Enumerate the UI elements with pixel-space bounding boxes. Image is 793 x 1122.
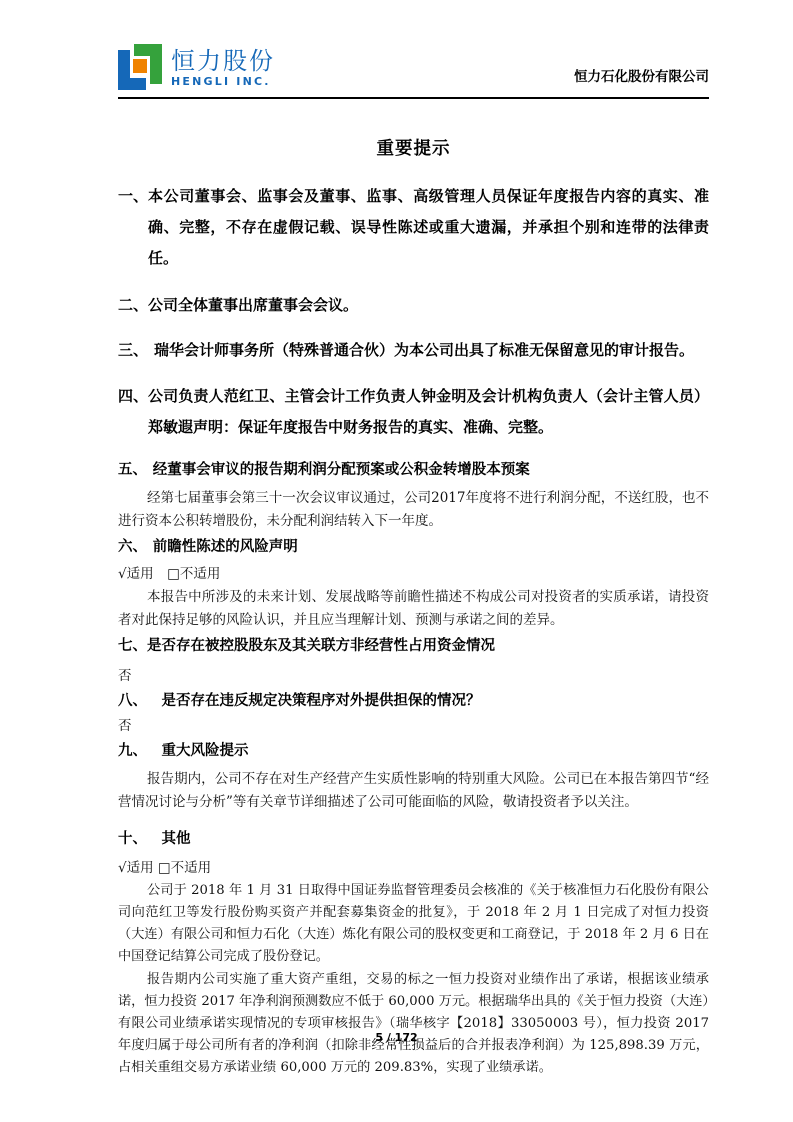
- section-10-heading-text: 其他: [162, 831, 191, 847]
- section-7-answer: 否: [118, 665, 709, 687]
- section-8-number: 八、: [118, 689, 147, 713]
- company-logo: 恒力股份 HENGLI INC.: [118, 44, 275, 91]
- section-8-heading-text: 是否存在违反规定决策程序对外提供担保的情况？: [162, 693, 481, 709]
- section-1: 一、 本公司董事会、监事会及董事、监事、高级管理人员保证年度报告内容的真实、准确…: [118, 181, 709, 274]
- section-3-text: 瑞华会计师事务所（特殊普通合伙）为本公司出具了标准无保留意见的审计报告。: [154, 341, 694, 359]
- section-10-heading: 十、 其他: [118, 827, 709, 851]
- section-6-number: 六、: [118, 535, 147, 559]
- section-4-text: 公司负责人范红卫、主管会计工作负责人钟金明及会计机构负责人（会计主管人员）郑敏遐…: [148, 387, 709, 436]
- section-1-number: 一、: [118, 181, 148, 212]
- section-10-body-2: 报告期内公司实施了重大资产重组，交易的标之一恒力投资对业绩作出了承诺，根据该业绩…: [118, 969, 709, 1079]
- section-9-heading: 九、 重大风险提示: [118, 739, 709, 763]
- document-page: 恒力股份 HENGLI INC. 恒力石化股份有限公司 重要提示 一、 本公司董…: [0, 0, 793, 1122]
- section-7-heading: 七、 是否存在被控股股东及其关联方非经营性占用资金情况: [118, 634, 709, 658]
- section-5-body: 经第七届董事会第三十一次会议审议通过，公司2017年度将不进行利润分配，不送红股…: [118, 487, 709, 533]
- section-5-heading: 五、 经董事会审议的报告期利润分配预案或公积金转增股本预案: [118, 458, 709, 482]
- section-2: 二、 公司全体董事出席董事会会议。: [118, 290, 709, 321]
- section-6-heading: 六、 前瞻性陈述的风险声明: [118, 535, 709, 559]
- section-4: 四、 公司负责人范红卫、主管会计工作负责人钟金明及会计机构负责人（会计主管人员）…: [118, 381, 709, 443]
- section-3-number: 三、: [118, 335, 148, 366]
- section-7-heading-text: 是否存在被控股股东及其关联方非经营性占用资金情况: [147, 638, 495, 654]
- section-10-body-1: 公司于 2018 年 1 月 31 日取得中国证券监督管理委员会核准的《关于核准…: [118, 880, 709, 968]
- logo-text: 恒力股份 HENGLI INC.: [171, 49, 275, 87]
- section-2-number: 二、: [118, 290, 148, 321]
- section-2-text: 公司全体董事出席董事会会议。: [148, 296, 358, 314]
- section-4-number: 四、: [118, 381, 148, 412]
- section-9-body: 报告期内，公司不存在对生产经营产生实质性影响的特别重大风险。公司已在本报告第四节…: [118, 768, 709, 814]
- section-6-applicability: √适用 □不适用: [118, 563, 709, 585]
- section-5-heading-text: 经董事会审议的报告期利润分配预案或公积金转增股本预案: [153, 462, 530, 478]
- logo-english-name: HENGLI INC.: [171, 76, 275, 87]
- page-header: 恒力股份 HENGLI INC. 恒力石化股份有限公司: [118, 0, 709, 99]
- section-6-heading-text: 前瞻性陈述的风险声明: [153, 539, 298, 555]
- section-6-body: 本报告中所涉及的未来计划、发展战略等前瞻性描述不构成公司对投资者的实质承诺，请投…: [118, 586, 709, 632]
- section-1-text: 本公司董事会、监事会及董事、监事、高级管理人员保证年度报告内容的真实、准确、完整…: [148, 187, 709, 267]
- company-name: 恒力石化股份有限公司: [574, 65, 709, 91]
- logo-chinese-name: 恒力股份: [171, 49, 275, 73]
- page-number: 5 / 172: [0, 1031, 793, 1044]
- hengli-logo-icon: [118, 44, 162, 91]
- section-9-number: 九、: [118, 739, 147, 763]
- section-8-heading: 八、 是否存在违反规定决策程序对外提供担保的情况？: [118, 689, 709, 713]
- section-5-number: 五、: [118, 458, 147, 482]
- section-10-number: 十、: [118, 827, 147, 851]
- section-7-number: 七、: [118, 634, 147, 658]
- section-9-heading-text: 重大风险提示: [162, 743, 249, 759]
- page-title: 重要提示: [118, 135, 709, 160]
- section-10-applicability: √适用 □不适用: [118, 857, 709, 879]
- section-3: 三、 瑞华会计师事务所（特殊普通合伙）为本公司出具了标准无保留意见的审计报告。: [118, 335, 709, 366]
- section-8-answer: 否: [118, 715, 709, 737]
